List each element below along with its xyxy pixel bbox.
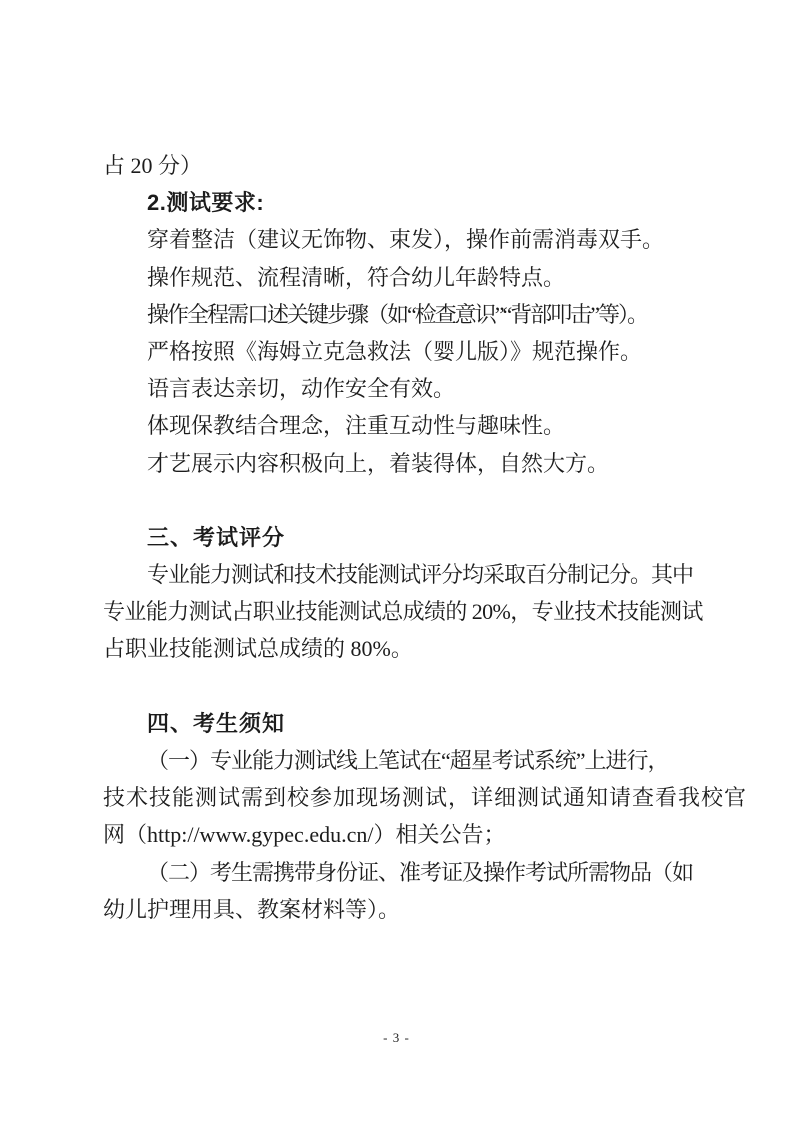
doc-line-scoring-3: 占职业技能测试总成绩的 80%。 bbox=[103, 630, 700, 667]
doc-line-requirement-2: 操作规范、流程清晰，符合幼儿年龄特点。 bbox=[103, 259, 700, 296]
doc-line-scoring-1: 专业能力测试和技术技能测试评分均采取百分制记分。其中 bbox=[103, 556, 700, 593]
doc-line-notice-2: 技术技能测试需到校参加现场测试，详细测试通知请查看我校官 bbox=[103, 779, 700, 816]
doc-line-requirement-7: 才艺展示内容积极向上，着装得体，自然大方。 bbox=[103, 445, 700, 482]
document-page: 占 20 分） 2.测试要求: 穿着整洁（建议无饰物、束发），操作前需消毒双手。… bbox=[0, 0, 793, 1122]
doc-line-requirement-5: 语言表达亲切，动作安全有效。 bbox=[103, 370, 700, 407]
doc-line-notice-4: （二）考生需携带身份证、准考证及操作考试所需物品（如 bbox=[103, 854, 700, 891]
doc-line-requirement-4: 严格按照《海姆立克急救法（婴儿版）》规范操作。 bbox=[103, 333, 700, 370]
doc-line-notice-3-website: 网（http://www.gypec.edu.cn/）相关公告； bbox=[103, 816, 700, 853]
footer-page-number: - 3 - bbox=[0, 1030, 793, 1046]
subheading-test-requirements: 2.测试要求: bbox=[103, 184, 700, 221]
doc-line-notice-1: （一）专业能力测试线上笔试在“超星考试系统”上进行， bbox=[103, 742, 700, 779]
section-heading-candidate-notice: 四、考生须知 bbox=[103, 705, 700, 742]
doc-line-notice-5: 幼儿护理用具、教案材料等）。 bbox=[103, 891, 700, 928]
doc-line-score-tail: 占 20 分） bbox=[103, 147, 700, 184]
doc-line-requirement-1: 穿着整洁（建议无饰物、束发），操作前需消毒双手。 bbox=[103, 221, 700, 258]
doc-line-requirement-6: 体现保教结合理念，注重互动性与趣味性。 bbox=[103, 407, 700, 444]
section-heading-exam-scoring: 三、考试评分 bbox=[103, 519, 700, 556]
doc-line-requirement-3: 操作全程需口述关键步骤（如“检查意识”“背部叩击”等）。 bbox=[103, 296, 700, 333]
document-body: 占 20 分） 2.测试要求: 穿着整洁（建议无饰物、束发），操作前需消毒双手。… bbox=[103, 147, 700, 928]
doc-line-scoring-2: 专业能力测试占职业技能测试总成绩的 20%，专业技术技能测试 bbox=[103, 593, 700, 630]
